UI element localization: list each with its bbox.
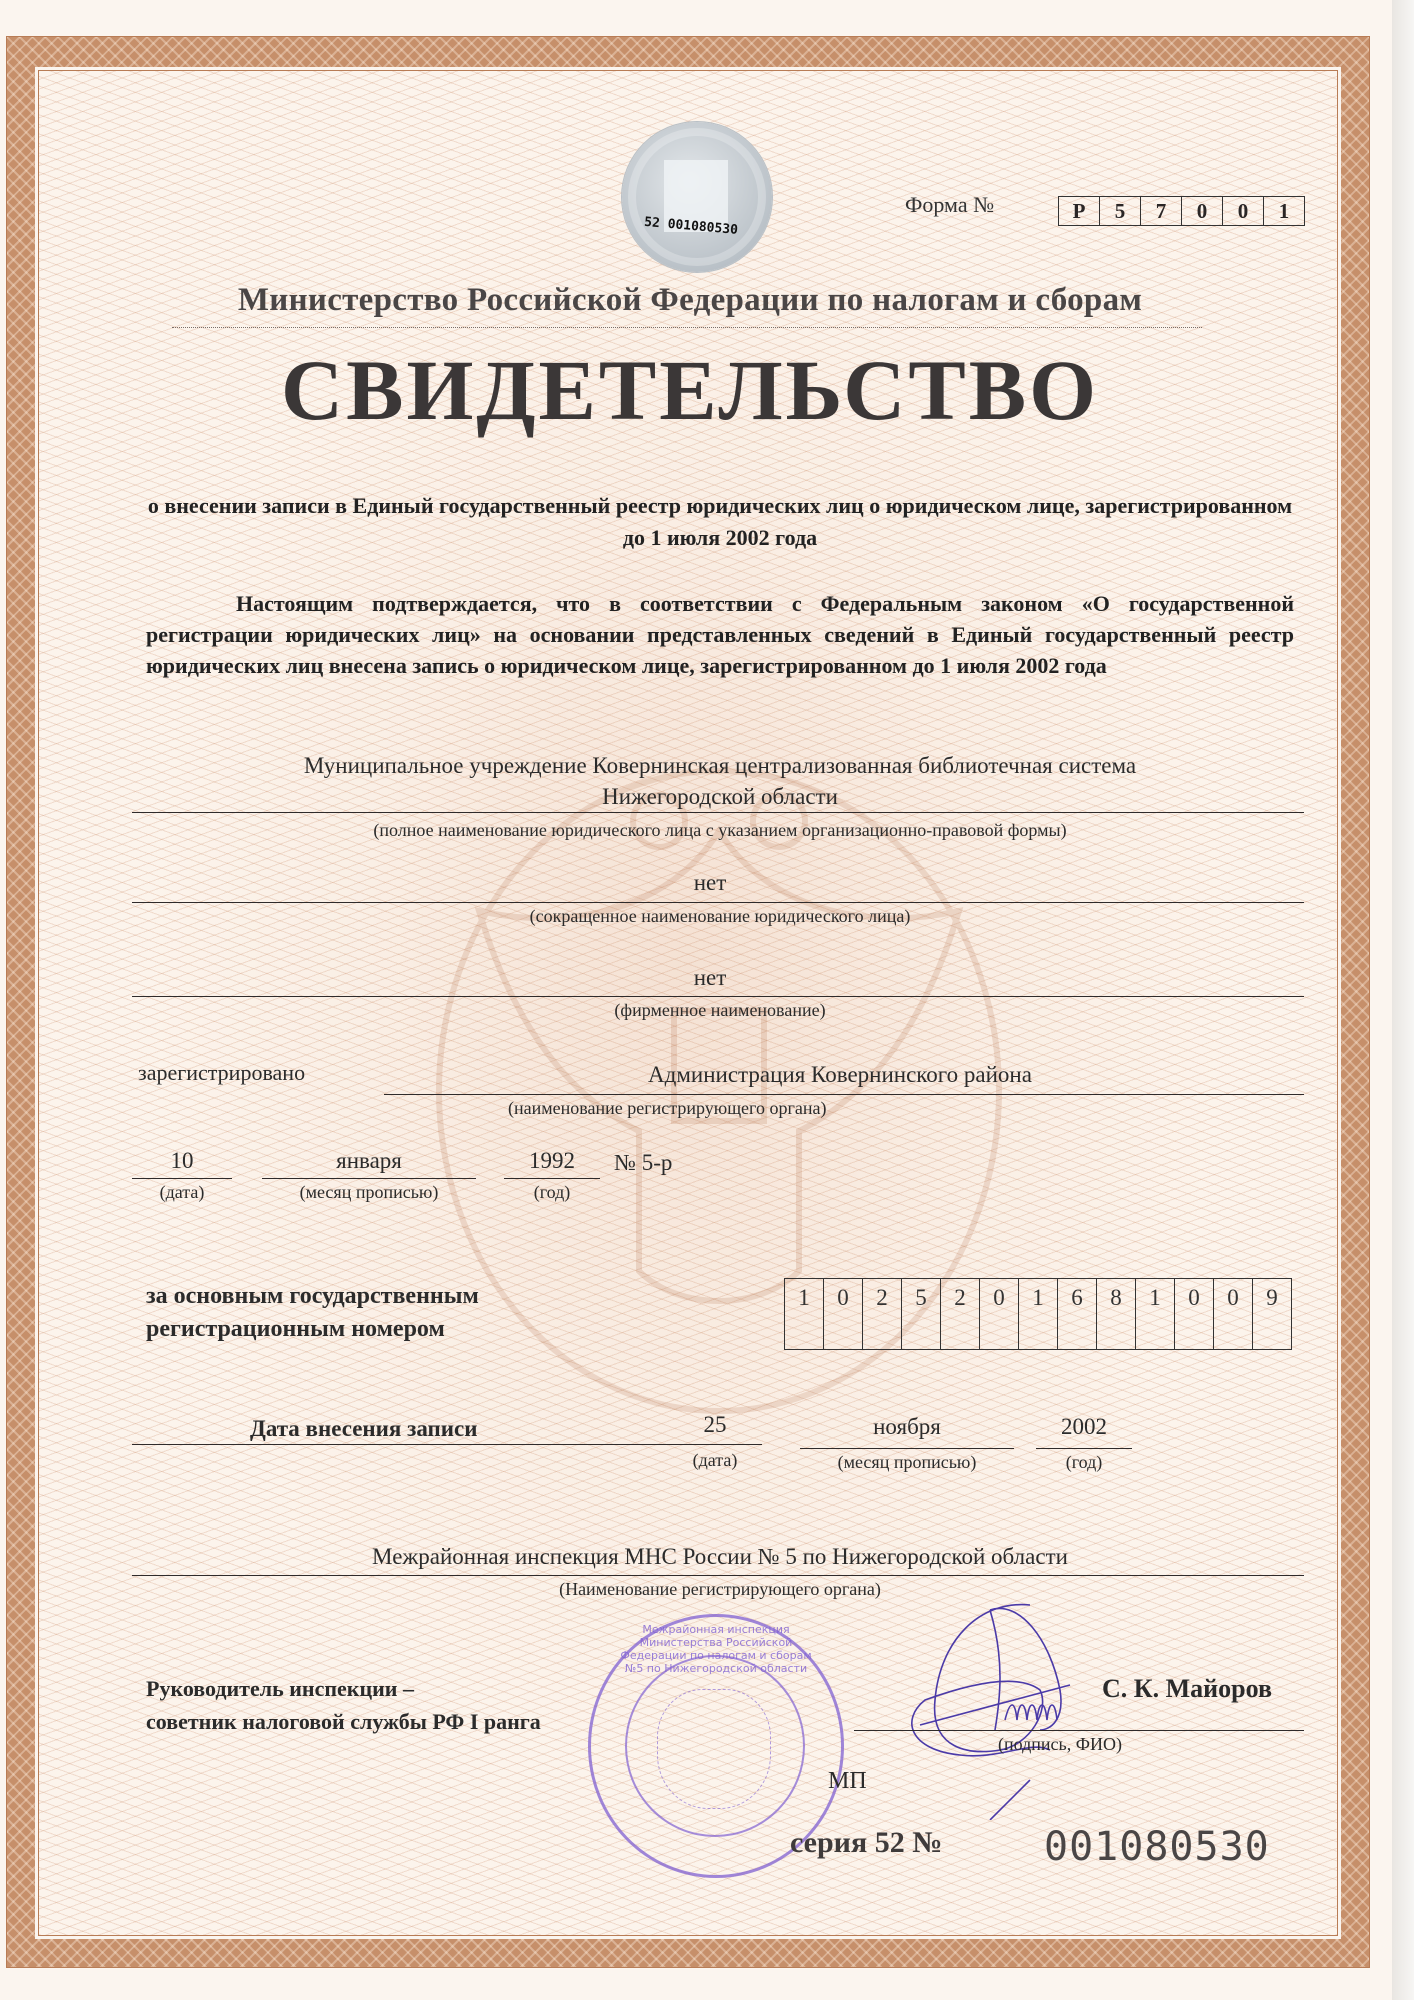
signer-position: Руководитель инспекции – советник налого… — [146, 1672, 541, 1738]
entity-full-name-line2: Нижегородской области — [140, 781, 1300, 812]
ogrn-digit: 0 — [1213, 1279, 1252, 1349]
entry-year-underline — [1036, 1448, 1132, 1449]
form-code-char: 0 — [1222, 197, 1263, 225]
entry-year: 2002 — [1036, 1414, 1132, 1440]
ogrn-number: 1025201681009 — [784, 1278, 1292, 1350]
entity-full-name: Муниципальное учреждение Ковернинская це… — [140, 750, 1300, 812]
brand-name-underline — [132, 996, 1304, 997]
seal-mark: МП — [828, 1768, 867, 1795]
short-name-caption: (сокращенное наименование юридического л… — [140, 906, 1300, 927]
ogrn-digit: 8 — [1096, 1279, 1135, 1349]
form-label: Форма № — [905, 192, 994, 218]
entry-month: ноября — [800, 1414, 1014, 1440]
ogrn-digit: 0 — [1174, 1279, 1213, 1349]
entry-year-caption: (год) — [1036, 1452, 1132, 1473]
ogrn-digit: 1 — [785, 1279, 823, 1349]
entity-brand-name: нет — [600, 965, 820, 991]
ogrn-digit: 0 — [979, 1279, 1018, 1349]
serial-number: 001080530 — [1044, 1824, 1270, 1870]
registration-year-underline — [504, 1178, 600, 1179]
registration-year: 1992 — [504, 1148, 600, 1174]
form-code-char: 5 — [1099, 197, 1140, 225]
registration-year-caption: (год) — [504, 1182, 600, 1203]
document-subtitle: о внесении записи в Единый государственн… — [140, 490, 1300, 554]
issuing-authority: Межрайонная инспекция МНС России № 5 по … — [140, 1544, 1300, 1570]
form-code: Р 5 7 0 0 1 — [1058, 196, 1305, 226]
ministry-heading: Министерство Российской Федерации по нал… — [160, 282, 1220, 319]
ogrn-digit: 2 — [862, 1279, 901, 1349]
registering-authority: Администрация Ковернинского района — [380, 1062, 1300, 1088]
form-code-char: 1 — [1263, 197, 1304, 225]
entry-day-caption: (дата) — [670, 1450, 760, 1471]
ogrn-digit: 6 — [1057, 1279, 1096, 1349]
entry-month-caption: (месяц прописью) — [800, 1452, 1014, 1473]
registration-day: 10 — [132, 1148, 232, 1174]
document-title: СВИДЕТЕЛЬСТВО — [160, 340, 1220, 440]
signature-caption: (подпись, ФИО) — [960, 1734, 1160, 1755]
ogrn-label-line1: за основным государственным — [146, 1280, 479, 1313]
entity-full-name-line1: Муниципальное учреждение Ковернинская це… — [140, 750, 1300, 781]
registration-month-underline — [262, 1178, 476, 1179]
ogrn-digit: 5 — [901, 1279, 940, 1349]
ogrn-digit: 0 — [823, 1279, 862, 1349]
registering-authority-caption: (наименование регистрирующего органа) — [380, 1098, 1414, 1119]
short-name-underline — [132, 902, 1304, 903]
form-code-char: Р — [1059, 197, 1099, 225]
registered-label: зарегистрировано — [138, 1060, 305, 1086]
divider — [172, 327, 1202, 328]
registration-month-caption: (месяц прописью) — [262, 1182, 476, 1203]
hologram-seal: 52 001080530 — [622, 122, 772, 272]
issuing-authority-underline — [132, 1575, 1304, 1576]
form-code-char: 0 — [1181, 197, 1222, 225]
ogrn-digit: 1 — [1135, 1279, 1174, 1349]
stamp-eagle-icon — [657, 1689, 771, 1809]
form-code-char: 7 — [1140, 197, 1181, 225]
full-name-caption: (полное наименование юридического лица с… — [140, 820, 1300, 841]
brand-name-caption: (фирменное наименование) — [140, 1000, 1300, 1021]
ogrn-digit: 9 — [1252, 1279, 1291, 1349]
signature-underline — [854, 1730, 1304, 1731]
entry-month-underline — [800, 1448, 1014, 1449]
serial-label: серия 52 № — [790, 1826, 942, 1860]
entry-day: 25 — [680, 1412, 750, 1438]
registration-day-caption: (дата) — [132, 1182, 232, 1203]
signer-name: С. К. Майоров — [1102, 1672, 1272, 1705]
ogrn-digit: 2 — [940, 1279, 979, 1349]
registration-month: января — [262, 1148, 476, 1174]
signer-position-line1: Руководитель инспекции – — [146, 1672, 541, 1705]
entry-date-underline — [132, 1444, 762, 1445]
ogrn-label-line2: регистрационным номером — [146, 1313, 479, 1346]
signer-position-line2: советник налоговой службы РФ I ранга — [146, 1705, 541, 1738]
registration-number: № 5-р — [614, 1150, 672, 1176]
entity-short-name: нет — [600, 870, 820, 896]
entry-date-label: Дата внесения записи — [250, 1412, 478, 1445]
registration-day-underline — [132, 1178, 232, 1179]
full-name-underline — [132, 812, 1304, 813]
registering-authority-underline — [384, 1094, 1304, 1095]
ogrn-digit: 1 — [1018, 1279, 1057, 1349]
certification-statement: Настоящим подтверждается, что в соответс… — [146, 588, 1294, 681]
ogrn-label: за основным государственным регистрацион… — [146, 1280, 479, 1346]
